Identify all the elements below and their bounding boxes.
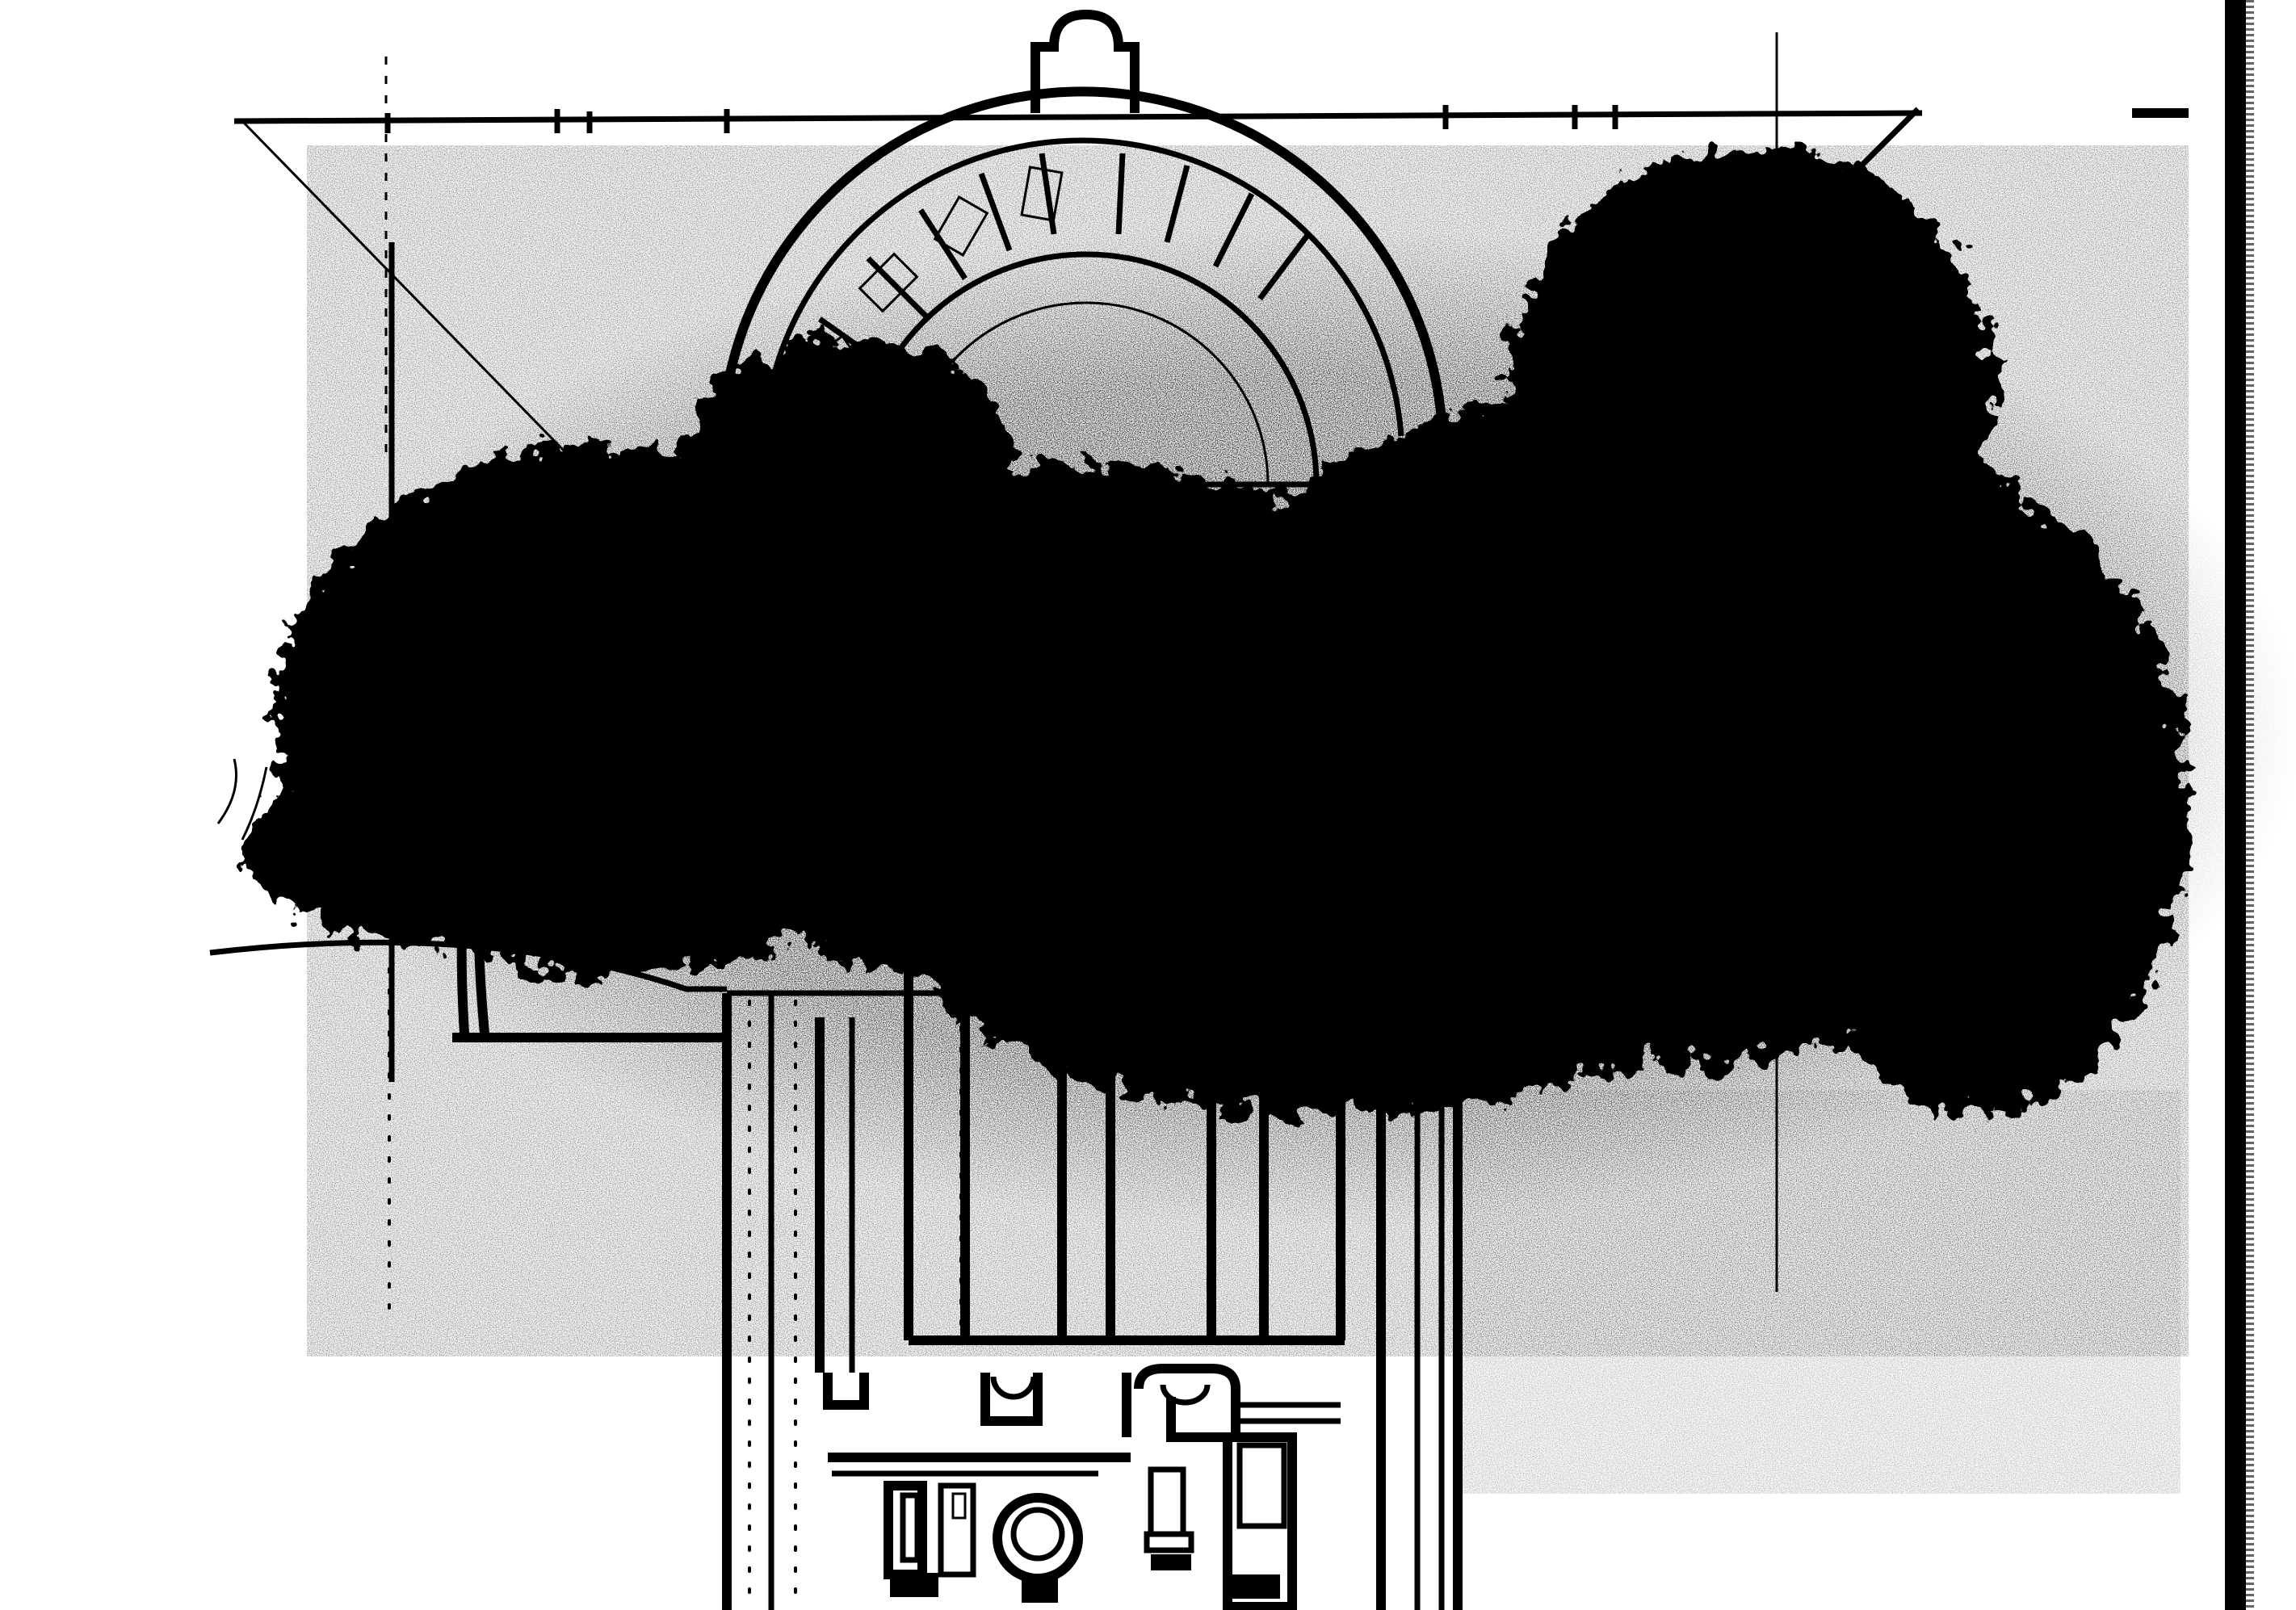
building-plan — [828, 1369, 1341, 1607]
right-border-edge — [2246, 0, 2254, 1610]
right-border — [2225, 0, 2246, 1610]
site-plan-drawing — [0, 0, 2296, 1610]
